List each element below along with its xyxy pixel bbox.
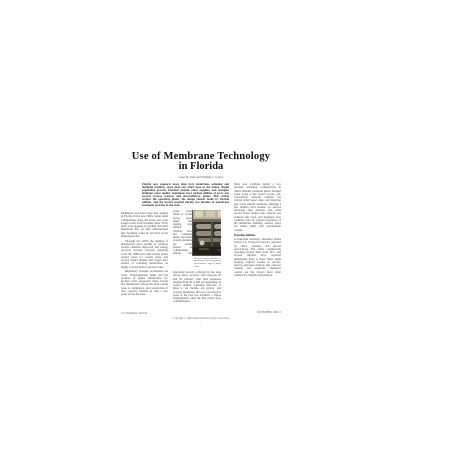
- byline: Gena M. Suhr and William J. Conlon: [121, 176, 281, 179]
- column-right: Most new facilities install a low pressu…: [234, 183, 281, 309]
- paragraph: A statewide inventory identifies plants …: [234, 238, 281, 277]
- wrap-text-strip: Costs have fallen as vessel arrays grew …: [173, 210, 192, 256]
- column-middle-body: Operating records collected by the state…: [173, 271, 221, 313]
- footer-issue-label: NOVEMBER 1990 15: [211, 311, 281, 314]
- abstract-block: Florida now supports more than sixty mem…: [142, 183, 229, 209]
- paragraph: Regulatory pressure accelerated the tren…: [121, 270, 168, 296]
- photo-caption: Reverse osmosis trains at a south Florid…: [194, 258, 221, 270]
- treatment-plant-photo-art: [193, 210, 221, 255]
- paragraph: Membrane processes were first applied in…: [121, 212, 168, 238]
- footer-journal-label: 14 JOURNAL AWWA: [121, 312, 191, 315]
- photo-row: Costs have fallen as vessel arrays grew …: [173, 210, 221, 256]
- article-title-line2: in Florida: [111, 162, 291, 172]
- column-middle: Costs have fallen as vessel arrays grew …: [173, 210, 221, 313]
- copyright-line: Copyright © 1990 American Water Works As…: [121, 317, 281, 320]
- treatment-plant-photo: [193, 210, 221, 255]
- article-title: Use of Membrane Technology in Florida: [111, 151, 291, 172]
- paragraph: Operating records collected by the state…: [173, 271, 221, 304]
- column-left: Membrane processes were first applied in…: [121, 212, 168, 311]
- page-number: 1: [121, 324, 281, 327]
- paragraph: Most new facilities install a low pressu…: [234, 183, 281, 232]
- paragraph: Through the 1970s the number of installa…: [121, 240, 168, 269]
- scanned-journal-page: Use of Membrane Technology in Florida Ge…: [0, 0, 458, 458]
